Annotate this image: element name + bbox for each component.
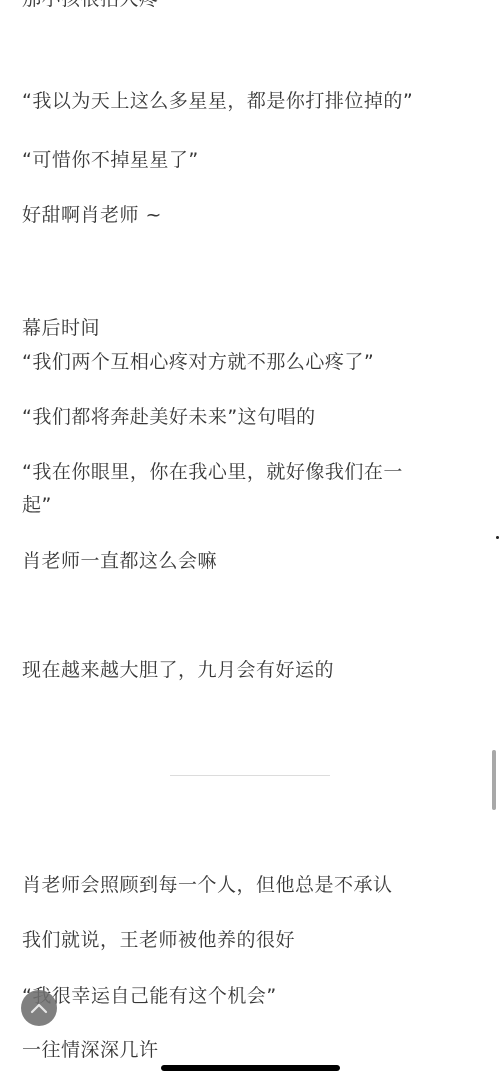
text-line: “我在你眼里，你在我心里，就好像我们在一 bbox=[22, 459, 472, 485]
text-line: “可惜你不掉星星了” bbox=[22, 147, 472, 173]
text-line: 起” bbox=[22, 492, 472, 518]
chevron-up-icon bbox=[30, 1002, 48, 1014]
text-line: 我们就说，王老师被他养的很好 bbox=[22, 927, 472, 953]
text-line-clipped: 那小孩很招人疼 bbox=[22, 0, 472, 12]
text-line: 现在越来越大胆了，九月会有好运的 bbox=[22, 657, 472, 683]
section-heading: 幕后时间 bbox=[22, 315, 472, 341]
text-line: 一往情深深几许 bbox=[22, 1037, 472, 1063]
text-line: “我很幸运自己能有这个机会” bbox=[22, 983, 472, 1009]
back-to-top-button[interactable] bbox=[21, 990, 57, 1026]
edge-marker bbox=[496, 536, 499, 539]
article-body: 那小孩很招人疼 “我以为天上这么多星星，都是你打排位掉的” “可惜你不掉星星了”… bbox=[0, 0, 500, 1082]
text-line: 肖老师会照顾到每一个人，但他总是不承认 bbox=[22, 872, 472, 898]
section-divider bbox=[170, 775, 330, 776]
text-line: “我以为天上这么多星星，都是你打排位掉的” bbox=[22, 88, 472, 114]
vertical-scrollbar[interactable] bbox=[492, 750, 496, 810]
text-line: “我们两个互相心疼对方就不那么心疼了” bbox=[22, 349, 472, 375]
text-line: “我们都将奔赴美好未来”这句唱的 bbox=[22, 404, 472, 430]
text-line: 肖老师一直都这么会嘛 bbox=[22, 548, 472, 574]
home-indicator[interactable] bbox=[161, 1065, 340, 1071]
text-line: 好甜啊肖老师 ~ bbox=[22, 202, 472, 228]
